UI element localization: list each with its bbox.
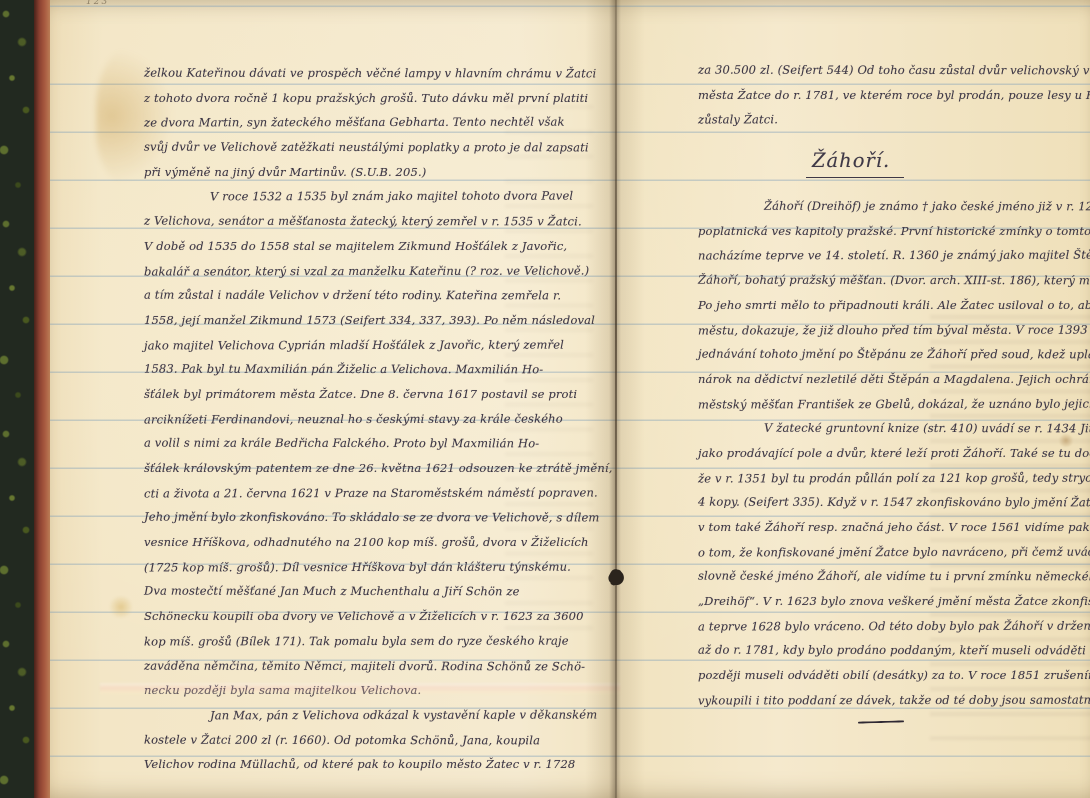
manuscript-line: cti a života a 21. června 1621 v Praze n…: [144, 480, 596, 506]
manuscript-line: šťálek královským patentem ze dne 26. kv…: [144, 456, 596, 481]
manuscript-line: svůj dvůr ve Velichově zatěžkati neustál…: [144, 135, 596, 160]
manuscript-line: šťálek byl primátorem města Žatce. Dne 8…: [144, 382, 596, 407]
left-page-text: želkou Kateřinou dávati ve prospěch věčn…: [144, 61, 596, 777]
manuscript-line: kostele v Žatci 200 zl (r. 1660). Od pot…: [144, 727, 596, 752]
right-page-intro-lines: za 30.500 zl. (Seifert 544) Od toho času…: [698, 58, 1090, 132]
manuscript-line: nárok na dědictví nezletilé děti Štěpán …: [698, 367, 1090, 392]
section-heading: Žáhoří.: [806, 149, 904, 178]
manuscript-line: a tím zůstal i nadále Velichov v držení …: [144, 283, 596, 308]
gutter-fold-line: [615, 0, 617, 798]
manuscript-line: jako majitel Velichova Cyprián mladší Ho…: [144, 332, 596, 358]
manuscript-line: arciknížeti Ferdinandovi, neuznal ho s č…: [144, 406, 596, 432]
heading-row: Žáhoří.: [698, 132, 1090, 184]
paper-stain: [108, 596, 134, 618]
manuscript-line: ze dvora Martin, syn žateckého měšťana G…: [144, 110, 596, 136]
page-number: 123: [86, 0, 109, 7]
right-page-text: za 30.500 zl. (Seifert 544) Od toho času…: [698, 58, 1090, 723]
manuscript-line: vesnice Hříškova, odhadnutého na 2100 ko…: [144, 530, 596, 555]
manuscript-line: městu, dokazuje, že již dlouho před tím …: [698, 317, 1090, 343]
manuscript-line: že v r. 1351 byl tu prodán půllán polí z…: [698, 465, 1090, 491]
manuscript-line: v tom také Žáhoří resp. značná jeho část…: [698, 515, 1090, 540]
manuscript-line: nacházíme teprve ve 14. století. R. 1360…: [698, 243, 1090, 269]
manuscript-line: Žáhoří (Dreihöf) je známo † jako české j…: [698, 194, 1090, 219]
scan-artifact-streak: [100, 683, 620, 694]
manuscript-line: kop míš. grošů (Bílek 171). Tak pomalu b…: [144, 628, 596, 654]
manuscript-line: zůstaly Žatci.: [698, 107, 1090, 133]
manuscript-line: později museli odváděti obilí (desátky) …: [698, 663, 1090, 688]
manuscript-line: městský měšťan František ze Gbelů, dokáz…: [698, 391, 1090, 417]
manuscript-line: Po jeho smrti mělo to připadnouti králi.…: [698, 293, 1090, 318]
manuscript-line: 4 kopy. (Seifert 335). Když v r. 1547 zk…: [698, 490, 1090, 515]
manuscript-line: zaváděna němčina, těmito Němci, majiteli…: [144, 653, 596, 678]
manuscript-line: V době od 1535 do 1558 stal se majitelem…: [144, 234, 596, 259]
manuscript-line: slovně české jméno Žáhoří, ale vidíme tu…: [698, 564, 1090, 589]
right-page-body-lines: Žáhoří (Dreihöf) je známo † jako české j…: [698, 194, 1090, 712]
manuscript-line: o tom, že konfiskované jmění Žatce bylo …: [698, 539, 1090, 565]
manuscript-line: 1558, její manžel Zikmund 1573 (Seifert …: [144, 308, 596, 333]
left-page-lines: želkou Kateřinou dávati ve prospěch věčn…: [144, 61, 596, 777]
notebook-spread: 123 želkou Kateřinou dávati ve prospěch …: [50, 0, 1090, 798]
manuscript-line: Velichov rodina Müllachů, od které pak t…: [144, 752, 596, 777]
manuscript-line: Jeho jmění bylo zkonfiskováno. To skláda…: [144, 505, 596, 530]
manuscript-line: „Dreihöf“. V r. 1623 bylo znova veškeré …: [698, 589, 1090, 614]
manuscript-line: Schönecku koupili oba dvory ve Velichově…: [144, 604, 596, 629]
manuscript-line: V žatecké gruntovní knize (str. 410) uvá…: [698, 416, 1090, 441]
manuscript-line: jako prodávající pole a dvůr, které leží…: [698, 441, 1090, 466]
manuscript-line: a volil s nimi za krále Bedřicha Falckéh…: [144, 431, 596, 456]
manuscript-line: při výměně na jiný dvůr Martinův. (S.U.B…: [144, 160, 596, 185]
manuscript-line: poplatnická ves kapitoly pražské. První …: [698, 219, 1090, 244]
manuscript-line: 1583. Pak byl tu Maxmilián pán Žiželic a…: [144, 357, 596, 382]
manuscript-line: vykoupili i tito poddaní ze dávek, takže…: [698, 687, 1090, 713]
book-cover-edge: [0, 0, 34, 798]
manuscript-line: z Velichova, senátor a měšťanosta žateck…: [144, 209, 596, 234]
manuscript-line: jednávání tohoto jmění po Štěpánu ze Žáh…: [698, 342, 1090, 367]
manuscript-line: V roce 1532 a 1535 byl znám jako majitel…: [144, 184, 596, 210]
manuscript-line: za 30.500 zl. (Seifert 544) Od toho času…: [698, 58, 1090, 83]
manuscript-line: Dva mostečtí měšťané Jan Much z Muchenth…: [144, 579, 596, 604]
manuscript-line: Jan Max, pán z Velichova odkázal k vysta…: [144, 702, 596, 728]
manuscript-line: až do r. 1781, kdy bylo prodáno poddaným…: [698, 638, 1090, 663]
manuscript-line: z tohoto dvora ročně 1 kopu pražských gr…: [144, 86, 596, 111]
manuscript-line: města Žatce do r. 1781, ve kterém roce b…: [698, 83, 1090, 108]
manuscript-line: Žáhoří, bohatý pražský měšťan. (Dvor. ar…: [698, 268, 1090, 293]
manuscript-line: (1725 kop míš. grošů). Díl vesnice Hříšk…: [144, 554, 596, 580]
manuscript-line: bakalář a senátor, který si vzal za manž…: [144, 258, 596, 284]
manuscript-scan: 123 želkou Kateřinou dávati ve prospěch …: [0, 0, 1090, 798]
manuscript-line: a teprve 1628 bylo vráceno. Od této doby…: [698, 613, 1090, 639]
manuscript-line: želkou Kateřinou dávati ve prospěch věčn…: [144, 61, 596, 86]
